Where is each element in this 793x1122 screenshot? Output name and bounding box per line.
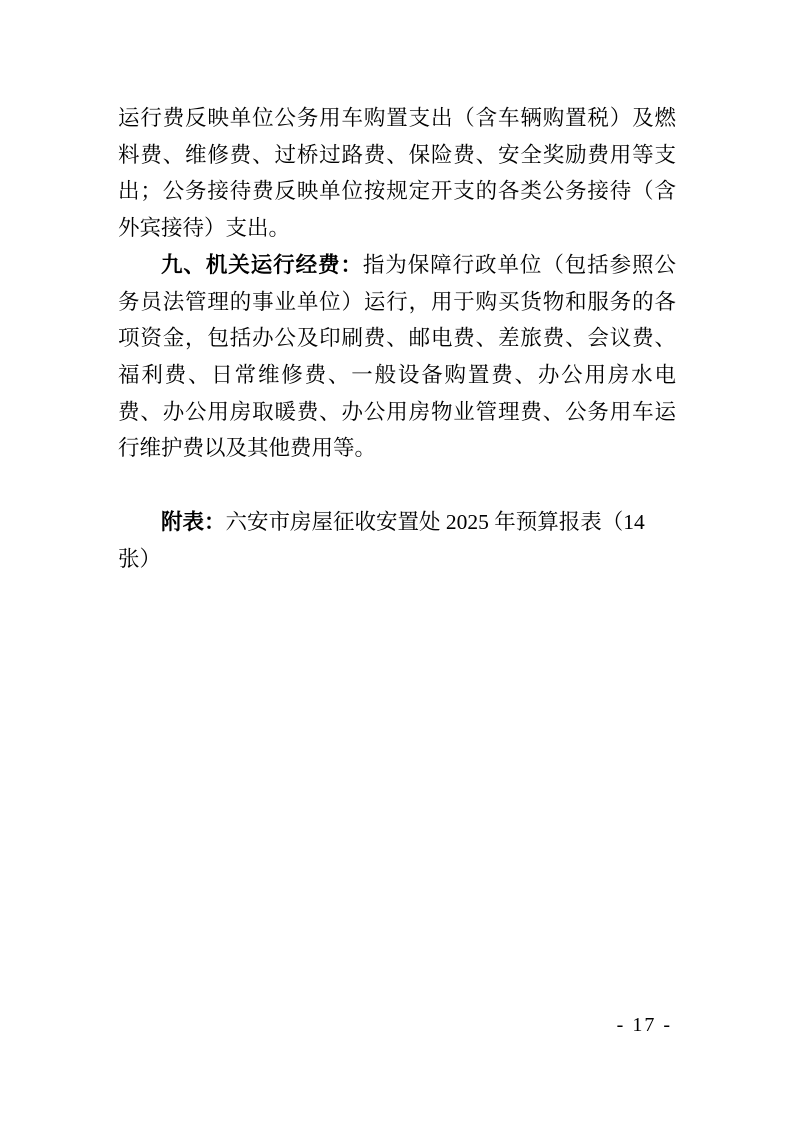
document-text-block: 运行费反映单位公务用车购置支出（含车辆购置税）及燃料费、维修费、过桥过路费、保险… — [118, 100, 676, 577]
paragraph-section-nine: 九、机关运行经费：指为保障行政单位（包括参照公务员法管理的事业单位）运行，用于购… — [118, 247, 676, 467]
document-page: 运行费反映单位公务用车购置支出（含车辆购置税）及燃料费、维修费、过桥过路费、保险… — [0, 0, 793, 1122]
appendix-reference-line: 附表：六安市房屋征收安置处 2025 年预算报表（14 张） — [118, 504, 676, 577]
appendix-label: 附表： — [161, 510, 226, 534]
section-nine-text: 指为保障行政单位（包括参照公务员法管理的事业单位）运行，用于购买货物和服务的各项… — [118, 253, 676, 461]
section-nine-heading: 九、机关运行经费： — [161, 253, 363, 277]
page-number: - 17 - — [617, 1014, 672, 1037]
paragraph-operation-and-reception-expense: 运行费反映单位公务用车购置支出（含车辆购置税）及燃料费、维修费、过桥过路费、保险… — [118, 100, 676, 247]
